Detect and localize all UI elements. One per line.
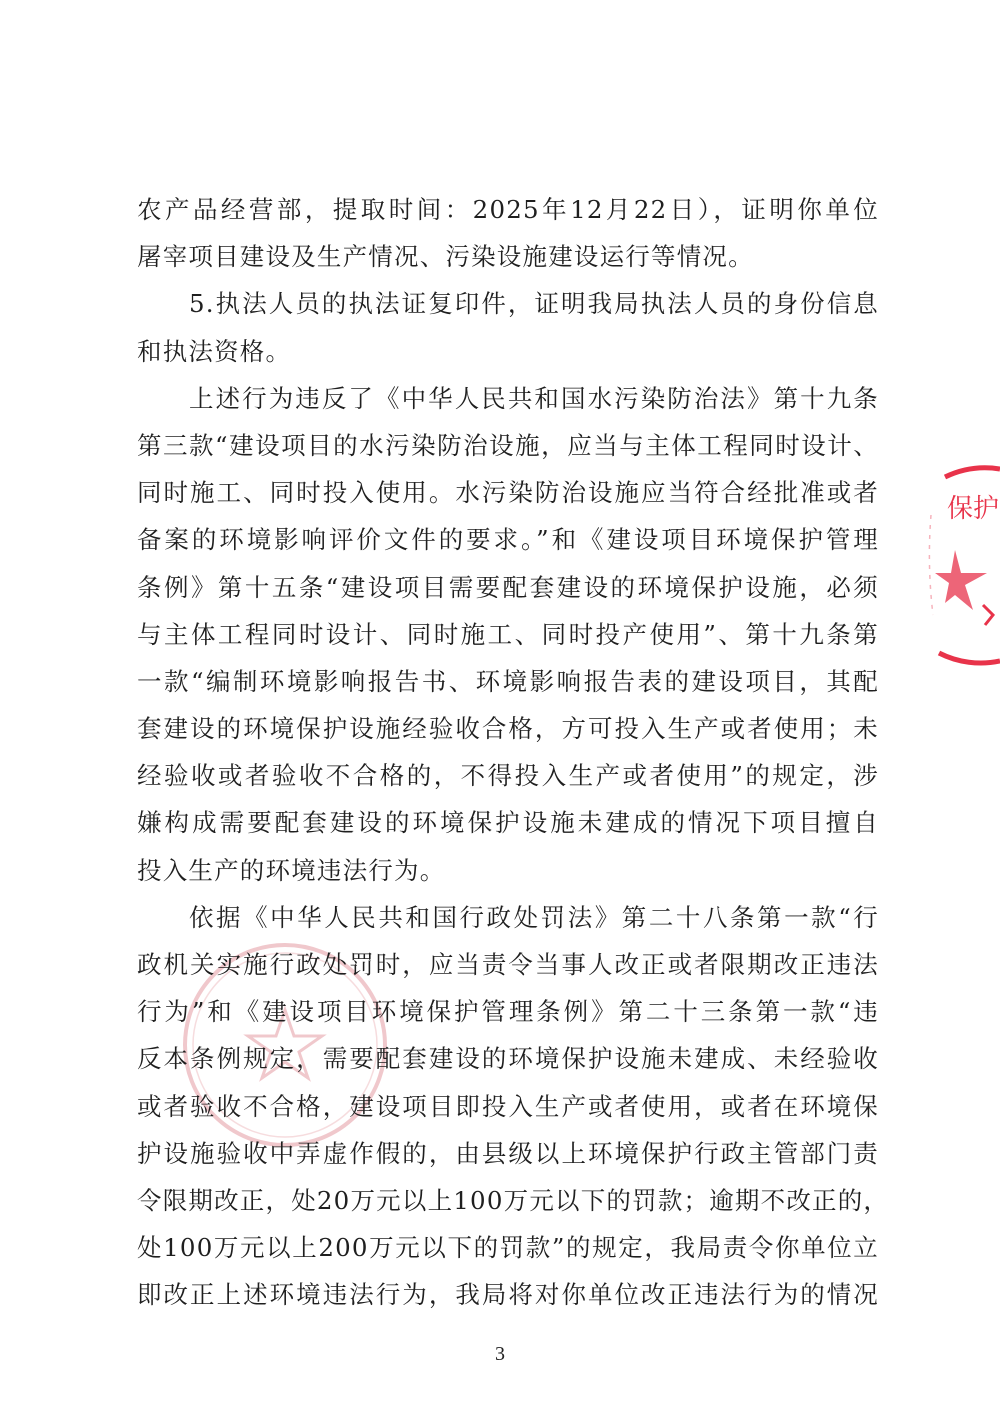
text-line: 和执法资格。	[137, 328, 879, 375]
text-line: 投入生产的环境违法行为。	[137, 847, 879, 894]
text-line: 条例》第十五条“建设项目需要配套建设的环境保护设施，必须	[137, 564, 879, 611]
text-line: 依据《中华人民共和国行政处罚法》第二十八条第一款“行	[137, 894, 879, 941]
seal-text: 保护	[947, 494, 999, 524]
text-line: 套建设的环境保护设施经验收合格，方可投入生产或者使用；未	[137, 705, 879, 752]
document-page: 保护 农产品经营部，提取时间：2025年12月22日），证明你单位 屠宰项目建设…	[0, 0, 1000, 1414]
text-line: 上述行为违反了《中华人民共和国水污染防治法》第十九条	[137, 375, 879, 422]
text-line: 令限期改正，处20万元以上100万元以下的罚款；逾期不改正的，	[137, 1177, 879, 1224]
text-line: 即改正上述环境违法行为，我局将对你单位改正违法行为的情况	[137, 1271, 879, 1318]
text-line: 反本条例规定，需要配套建设的环境保护设施未建成、未经验收	[137, 1035, 879, 1082]
document-body: 农产品经营部，提取时间：2025年12月22日），证明你单位 屠宰项目建设及生产…	[137, 186, 879, 1319]
page-number: 3	[0, 1343, 1000, 1366]
text-line: 备案的环境影响评价文件的要求。”和《建设项目环境保护管理	[137, 516, 879, 563]
text-line: 或者验收不合格，建设项目即投入生产或者使用，或者在环境保	[137, 1083, 879, 1130]
text-line: 经验收或者验收不合格的，不得投入生产或者使用”的规定，涉	[137, 752, 879, 799]
text-line: 5.执法人员的执法证复印件，证明我局执法人员的身份信息	[137, 280, 879, 327]
text-line: 同时施工、同时投入使用。水污染防治设施应当符合经批准或者	[137, 469, 879, 516]
text-line: 处100万元以上200万元以下的罚款”的规定，我局责令你单位立	[137, 1224, 879, 1271]
text-line: 农产品经营部，提取时间：2025年12月22日），证明你单位	[137, 186, 879, 233]
text-line: 护设施验收中弄虚作假的，由县级以上环境保护行政主管部门责	[137, 1130, 879, 1177]
text-line: 嫌构成需要配套建设的环境保护设施未建成的情况下项目擅自	[137, 799, 879, 846]
text-line: 屠宰项目建设及生产情况、污染设施建设运行等情况。	[137, 233, 879, 280]
text-line: 第三款“建设项目的水污染防治设施，应当与主体工程同时设计、	[137, 422, 879, 469]
text-line: 一款“编制环境影响报告书、环境影响报告表的建设项目，其配	[137, 658, 879, 705]
text-line: 行为”和《建设项目环境保护管理条例》第二十三条第一款“违	[137, 988, 879, 1035]
text-line: 与主体工程同时设计、同时施工、同时投产使用”、第十九条第	[137, 611, 879, 658]
official-seal-right-edge: 保护	[925, 455, 1000, 675]
text-line: 政机关实施行政处罚时，应当责令当事人改正或者限期改正违法	[137, 941, 879, 988]
